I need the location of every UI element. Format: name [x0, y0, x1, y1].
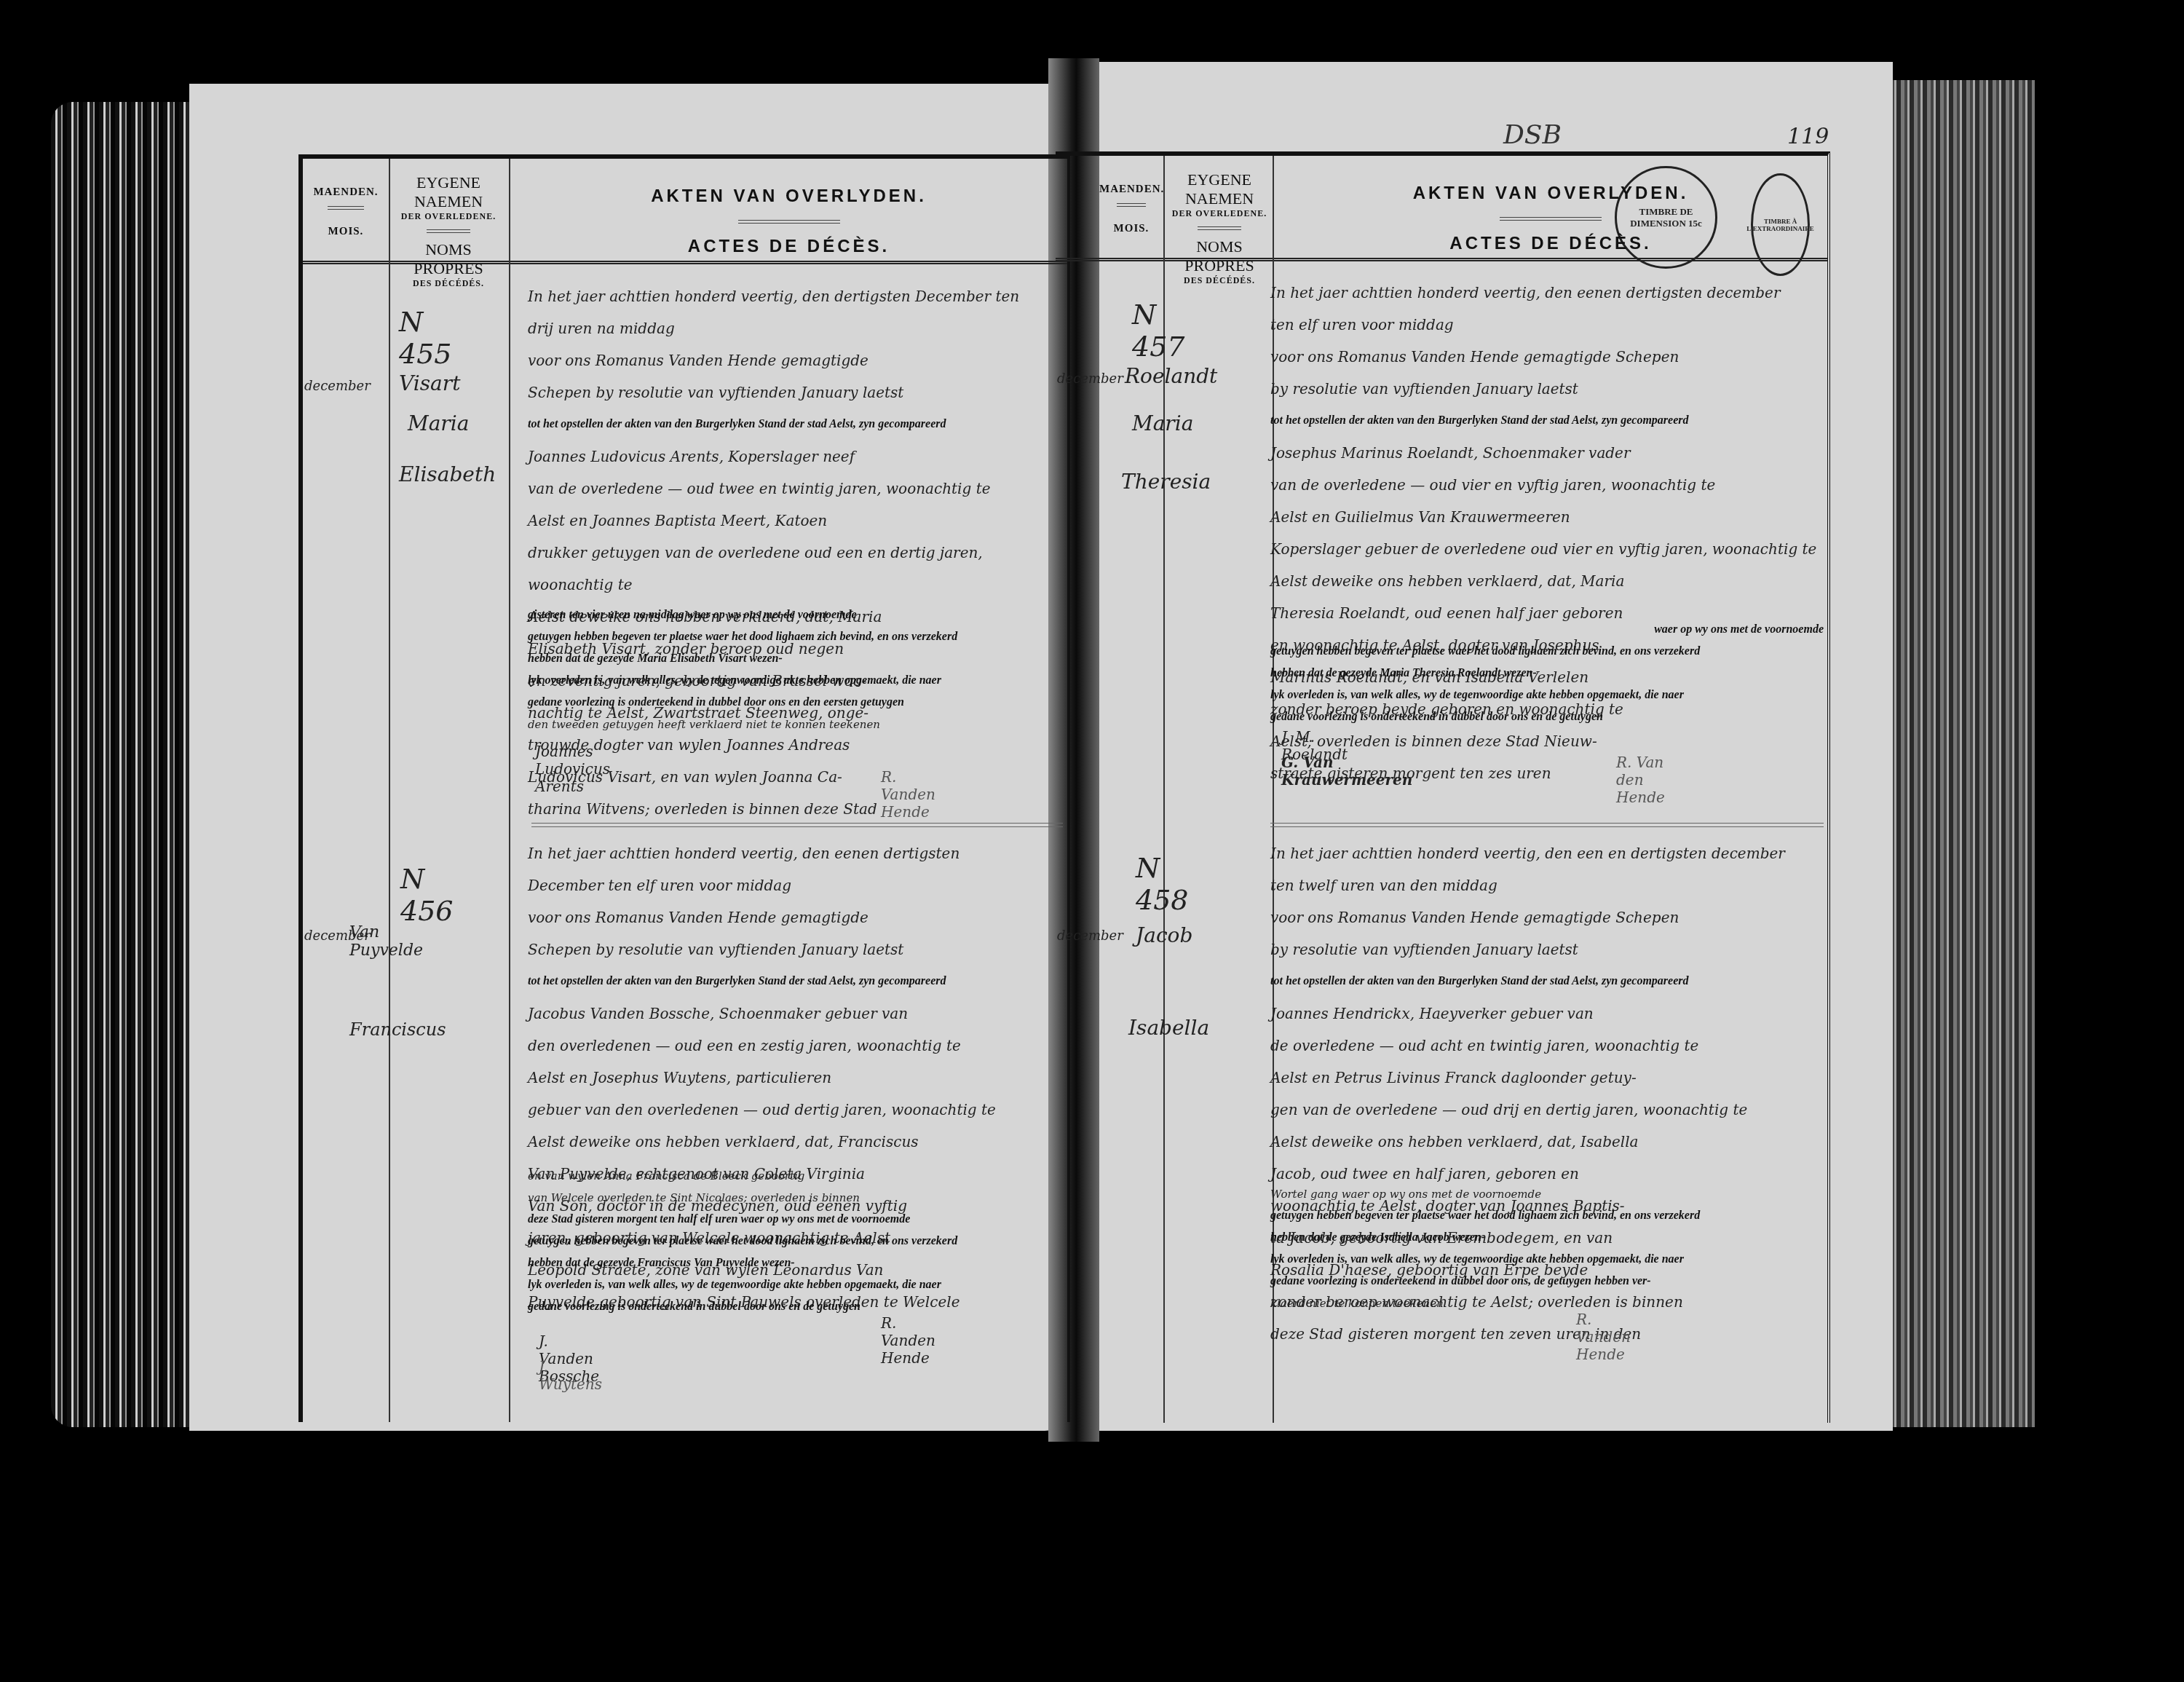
deceased-given-name: Theresia	[1121, 470, 1211, 494]
deceased-given-name: Isabella	[1128, 1016, 1209, 1040]
column-divider	[509, 159, 510, 1422]
deceased-surname: Roelandt	[1125, 364, 1217, 388]
signature: G. Van Krauwermeeren	[1281, 754, 1412, 789]
col-names-header: EYGENE NAEMEN DER OVERLEDENE. NOMS PROPR…	[390, 173, 507, 289]
column-divider	[389, 159, 390, 1422]
record-text-tail: gisteren ten vier uren na middag waer op…	[528, 604, 1067, 735]
record-text-tail: waer op wy ons met de voornoemde getuyge…	[1270, 619, 1824, 728]
signature: R. Vanden Hende	[881, 1314, 935, 1367]
folio-mark: DSB	[1503, 120, 1562, 150]
record-text-tail: en van wylen Anna Francisca de Bleeck ge…	[528, 1165, 1067, 1318]
deceased-surname: Jacob	[1136, 923, 1192, 947]
signature: R. Van den Hende	[1616, 754, 1665, 806]
record-text-tail: Wortel gang waer op wy ons met de voorno…	[1270, 1183, 1824, 1314]
record-number: N 456	[400, 863, 454, 927]
register-title: AKTEN VAN OVERLYDEN. ACTES DE DÉCÈS.	[510, 186, 1067, 257]
register-title: AKTEN VAN OVERLYDEN. ACTES DE DÉCÈS.	[1274, 183, 1827, 254]
deceased-surname: Van Puyvelde	[349, 923, 423, 960]
record-number: N 455	[399, 306, 452, 370]
page-number: 119	[1787, 124, 1829, 149]
signature: Joannes Ludovicus Arents	[535, 743, 610, 795]
deceased-given-name: Maria	[408, 411, 469, 435]
record-number: N 457	[1132, 299, 1185, 363]
entry-divider	[531, 823, 1063, 827]
deceased-given-name: Elisabeth	[399, 462, 496, 486]
record-month: december	[304, 379, 371, 394]
record-number: N 458	[1136, 852, 1189, 916]
deceased-given-name: Maria	[1132, 411, 1193, 435]
signature: J. Wuytens	[539, 1358, 602, 1393]
signature: R. Vanden Hende	[1576, 1311, 1631, 1363]
signature: R. Vanden Hende	[881, 768, 935, 821]
record-month: december	[1057, 371, 1123, 387]
col-names-header: EYGENE NAEMEN DER OVERLEDENE. NOMS PROPR…	[1165, 170, 1274, 286]
deceased-surname: Visart	[399, 371, 460, 395]
entry-divider	[1270, 823, 1824, 827]
left-table-header: MAENDEN. MOIS. EYGENE NAEMEN DER OVERLED…	[303, 159, 1067, 264]
col-month-header: MAENDEN. MOIS.	[303, 186, 389, 238]
right-page-edges	[1875, 80, 2035, 1427]
right-table-header: MAENDEN. MOIS. EYGENE NAEMEN DER OVERLED…	[1056, 156, 1827, 261]
deceased-given-name: Franciscus	[349, 1019, 446, 1040]
record-month: december	[1057, 928, 1123, 944]
col-month-header: MAENDEN. MOIS.	[1099, 183, 1163, 235]
